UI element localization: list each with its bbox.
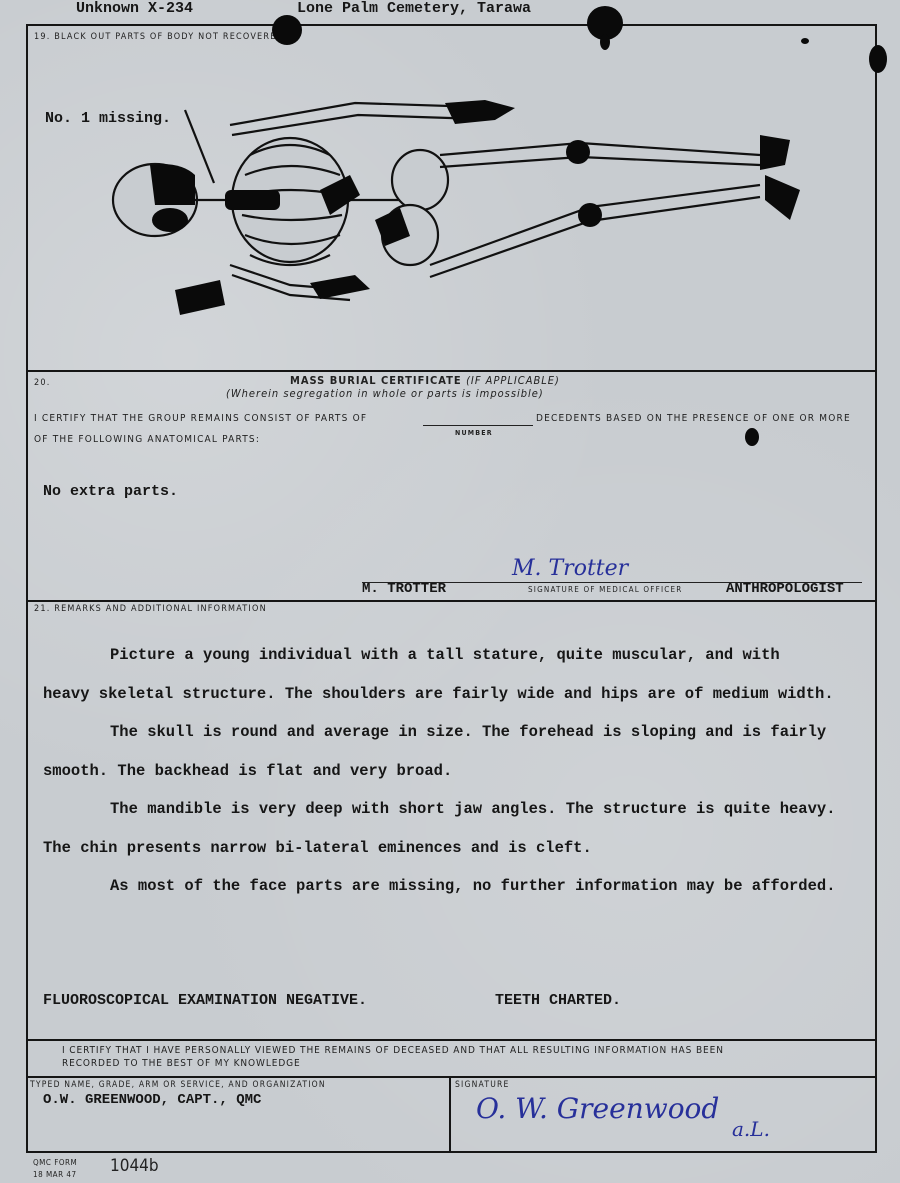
cemetery-location: Lone Palm Cemetery, Tarawa [297,0,531,17]
form-prefix: QMC FORM [33,1158,77,1167]
remarks-line: The chin presents narrow bi-lateral emin… [43,829,873,868]
anatomical-parts-text: No extra parts. [43,483,178,500]
skeleton-diagram [110,95,810,325]
divider-19-20 [26,370,877,372]
divider-21-cert [26,1039,877,1041]
form-number: 1044b [110,1156,159,1176]
form-date: 18 MAR 47 [33,1170,77,1179]
signature-label: SIGNATURE OF MEDICAL OFFICER [528,585,682,594]
teeth-note: TEETH CHARTED. [495,992,621,1009]
section-20-number: 20. [34,378,50,388]
remarks-line: heavy skeletal structure. The shoulders … [43,675,873,714]
case-id: Unknown X-234 [76,0,193,17]
ink-blot [272,15,302,45]
certify-text-before: I CERTIFY THAT THE GROUP REMAINS CONSIST… [34,413,367,424]
section-19-label: 19. BLACK OUT PARTS OF BODY NOT RECOVERE… [34,32,284,42]
remarks-body: Picture a young individual with a tall s… [43,636,873,906]
remarks-line: Picture a young individual with a tall s… [43,636,873,675]
remarks-line: smooth. The backhead is flat and very br… [43,752,873,791]
remarks-line: The skull is round and average in size. … [43,713,873,752]
certify-text-after: DECEDENTS BASED ON THE PRESENCE OF ONE O… [536,413,851,424]
typed-name-value: O.W. GREENWOOD, CAPT., QMC [43,1092,261,1108]
section-21-label: 21. REMARKS AND ADDITIONAL INFORMATION [34,604,267,614]
ink-blot [745,428,759,446]
signature-initials: a.L. [732,1117,770,1141]
decedent-number-field[interactable] [423,425,533,426]
medical-officer-signature: M. Trotter [512,556,628,581]
ink-blot [600,34,610,50]
remarks-line: The mandible is very deep with short jaw… [43,790,873,829]
medical-officer-name: M. TROTTER [362,581,446,597]
mass-burial-title: MASS BURIAL CERTIFICATE (IF APPLICABLE) [290,374,560,387]
certification-line1: I CERTIFY THAT I HAVE PERSONALLY VIEWED … [62,1045,724,1056]
ink-blot [869,45,887,73]
certify-text-line2: OF THE FOLLOWING ANATOMICAL PARTS: [34,434,260,445]
greenwood-signature: O. W. Greenwood [476,1092,719,1125]
remarks-line: As most of the face parts are missing, n… [43,867,873,906]
divider-20-21 [26,600,877,602]
footer-bottom-border [26,1151,877,1153]
officer-title: ANTHROPOLOGIST [726,581,844,597]
signature-field-label: SIGNATURE [455,1080,510,1090]
number-label: NUMBER [455,429,493,437]
ink-blot [801,38,809,44]
certification-line2: RECORDED TO THE BEST OF MY KNOWLEDGE [62,1058,301,1069]
footer-divider [449,1076,451,1152]
divider-cert-footer [26,1076,877,1078]
name-label: TYPED NAME, GRADE, ARM OR SERVICE, AND O… [30,1080,326,1090]
fluoroscopical-note: FLUOROSCOPICAL EXAMINATION NEGATIVE. [43,992,367,1009]
mass-burial-subtitle: (Wherein segregation in whole or parts i… [226,387,544,400]
